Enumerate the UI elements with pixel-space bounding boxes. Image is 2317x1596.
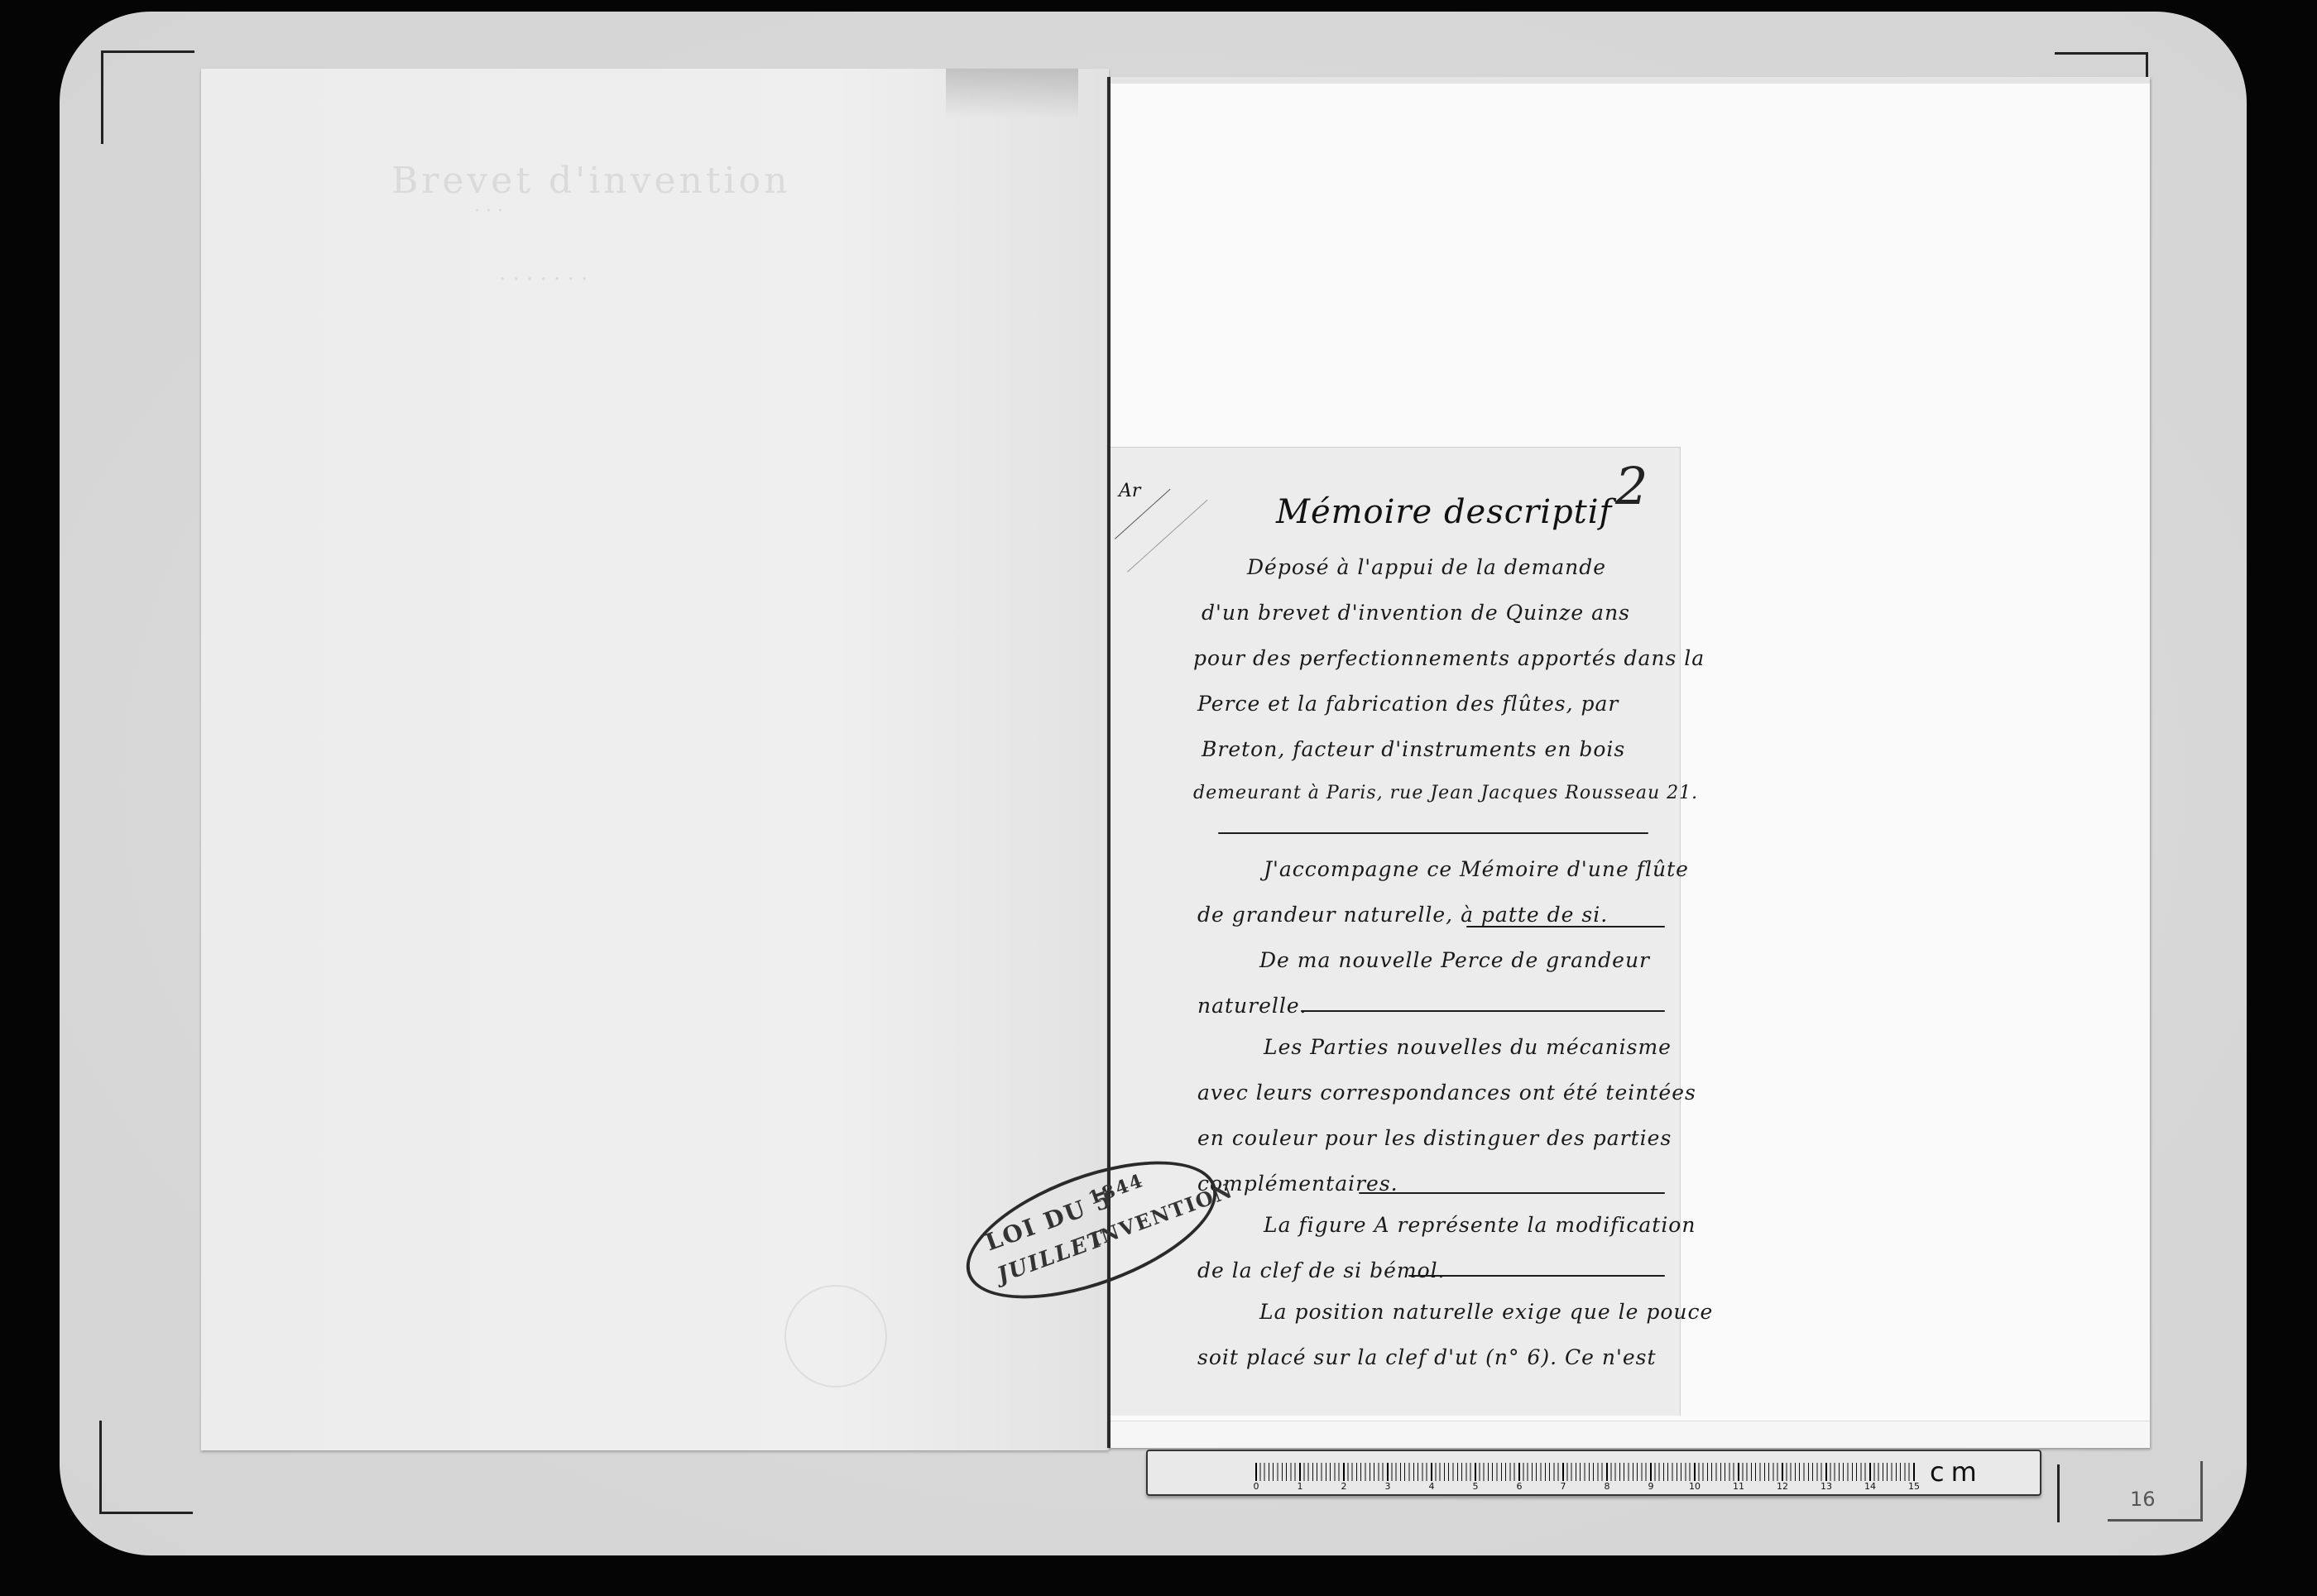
ruler-label: 4: [1429, 1481, 1435, 1492]
ruler-tick: [1518, 1463, 1520, 1481]
ruler-label: 2: [1341, 1481, 1347, 1492]
stamp-year: 1844: [1086, 1170, 1147, 1210]
page-bottom-strip: [1111, 1421, 2150, 1448]
crop-mark-top-left: [101, 50, 194, 144]
show-through-heading: Brevet d'invention: [391, 160, 790, 202]
ruler-tick: [1475, 1463, 1476, 1481]
crop-mark-bottom-left: [99, 1421, 193, 1514]
measurement-ruler: 0 1 2 3 4 5 6 7 8 9 10 11 12 13 14 15 cm: [1146, 1450, 2041, 1496]
ruler-scale: [1255, 1463, 1913, 1481]
crop-mark-bottom-right: [2057, 1464, 2060, 1522]
ruler-tick: [1913, 1463, 1915, 1481]
ruler-label: 8: [1605, 1481, 1610, 1492]
ruler-unit: cm: [1930, 1456, 1984, 1488]
ruler-label: 15: [1908, 1481, 1920, 1492]
gutter-shadow: [946, 69, 1078, 118]
ruler-tick: [1299, 1463, 1301, 1481]
ruler-label: 14: [1864, 1481, 1876, 1492]
ruler-tick: [1255, 1463, 1257, 1481]
ruler-tick: [1343, 1463, 1345, 1481]
ruler-label: 6: [1517, 1481, 1523, 1492]
ruler-tick: [1869, 1463, 1871, 1481]
ruler-tick: [1650, 1463, 1652, 1481]
ruler-tick: [1562, 1463, 1564, 1481]
show-through-line: · · ·: [474, 201, 503, 222]
ruler-tick: [1606, 1463, 1608, 1481]
ruler-label: 1: [1298, 1481, 1303, 1492]
ruler-label: 9: [1648, 1481, 1654, 1492]
page-top-edge: [1111, 77, 2150, 84]
ruler-label: 3: [1385, 1481, 1391, 1492]
ruler-tick: [1782, 1463, 1783, 1481]
ruler-label: 0: [1254, 1481, 1259, 1492]
ruler-tick: [1825, 1463, 1827, 1481]
ruler-label: 12: [1777, 1481, 1788, 1492]
ruler-label: 10: [1689, 1481, 1701, 1492]
ruler-label: 7: [1561, 1481, 1566, 1492]
show-through-line: · · · · · · ·: [499, 267, 588, 292]
handwritten-lower-block: [1111, 447, 1680, 1415]
ruler-label: 11: [1733, 1481, 1744, 1492]
ruler-tick: [1738, 1463, 1739, 1481]
ruler-label: 13: [1820, 1481, 1832, 1492]
ruler-tick: [1431, 1463, 1432, 1481]
ruler-label: 5: [1473, 1481, 1479, 1492]
embossed-seal-icon: [784, 1285, 887, 1388]
ruler-tick: [1387, 1463, 1389, 1481]
reference-number: 16: [2130, 1488, 2156, 1511]
left-page: Brevet d'invention · · · · · · · · · ·: [201, 69, 1109, 1450]
ruler-tick: [1694, 1463, 1696, 1481]
